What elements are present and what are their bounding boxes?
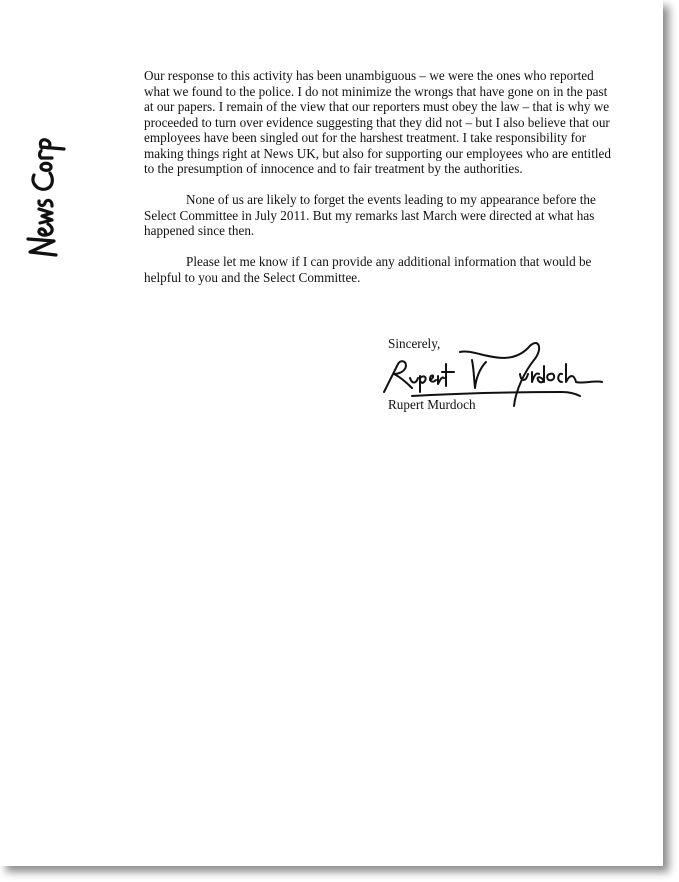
signatory-name: Rupert Murdoch [388,397,476,413]
news-corp-logo-icon [14,50,74,270]
paragraph-response: Our response to this activity has been u… [144,68,614,177]
letter-page: Our response to this activity has been u… [0,0,663,866]
paragraph-select-committee: None of us are likely to forget the even… [144,192,614,239]
letter-body: Our response to this activity has been u… [144,68,614,301]
paragraph-additional-info: Please let me know if I can provide any … [144,254,614,285]
